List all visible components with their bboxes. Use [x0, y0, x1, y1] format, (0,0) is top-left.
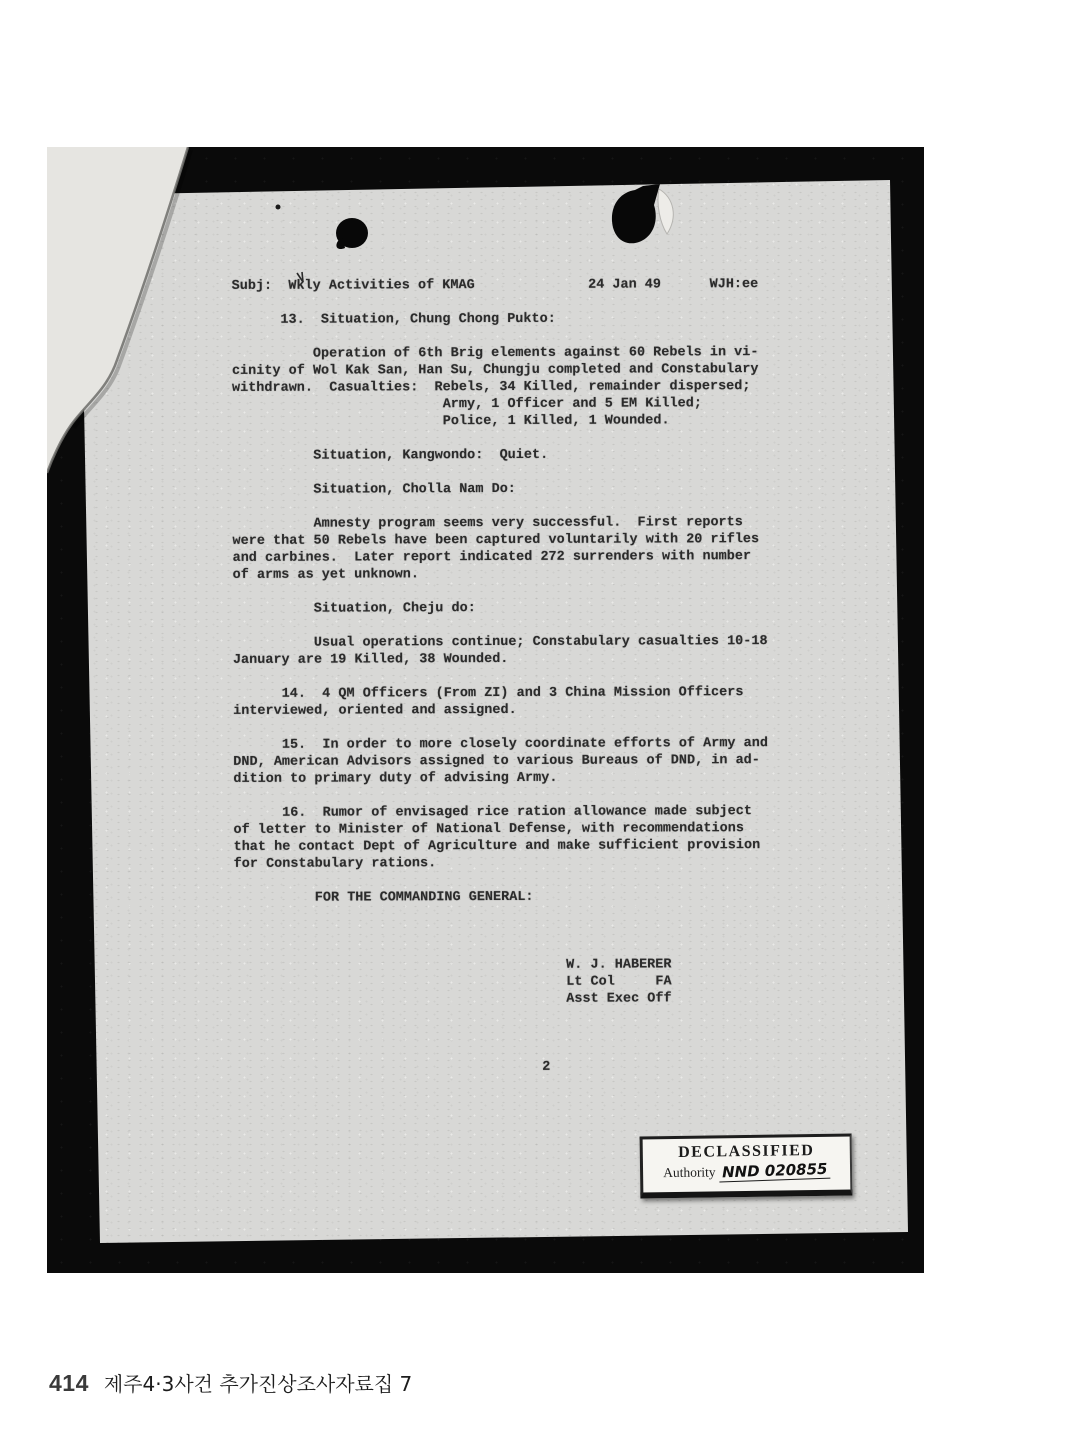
declassified-stamp: DECLASSIFIED AuthorityNND 020855 [640, 1134, 853, 1199]
stamp-authority-line: AuthorityNND 020855 [643, 1161, 850, 1183]
ink-speck [297, 272, 303, 282]
folded-page-corner [47, 147, 191, 473]
caption-page-number: 414 [49, 1370, 89, 1397]
book-caption: 414 제주4·3사건 추가진상조사자료집 7 [49, 1368, 412, 1397]
punch-hole-left [336, 218, 368, 249]
scanned-document-area: Subj: Wkly Activities of KMAG 24 Jan 49 … [47, 147, 924, 1273]
punch-hole-torn-right [612, 184, 673, 243]
caption-title: 제주4·3사건 추가진상조사자료집 7 [104, 1368, 412, 1397]
book-page: Subj: Wkly Activities of KMAG 24 Jan 49 … [0, 0, 1080, 1439]
stamp-authority-value: NND 020855 [718, 1160, 830, 1183]
stamp-authority-label: Authority [663, 1164, 716, 1180]
ink-speck [276, 205, 281, 210]
scan-artifacts-overlay [47, 147, 924, 1273]
